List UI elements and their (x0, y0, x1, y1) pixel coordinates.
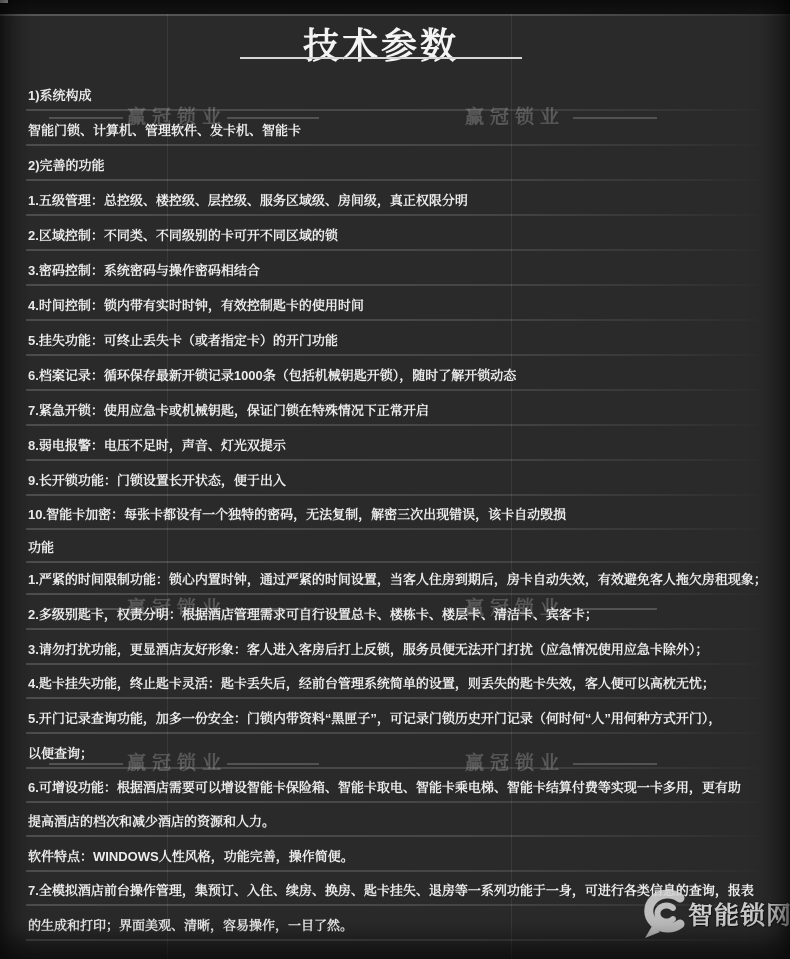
text-row: 功能 (28, 538, 776, 558)
row-separator-line (26, 697, 770, 699)
text-row: 6.可增设功能：根据酒店需要可以增设智能卡保险箱、智能卡取电、智能卡乘电梯、智能… (28, 778, 776, 798)
text-row: 6.档案记录：循环保存最新开锁记录1000条（包括机械钥匙开锁），随时了解开锁动… (28, 366, 776, 386)
brand-watermark: 智能锁网 (638, 884, 790, 942)
row-separator-line (26, 801, 770, 803)
text-row: 4.匙卡挂失功能，终止匙卡灵活：匙卡丢失后，经前台管理系统简单的设置，则丢失的匙… (28, 674, 776, 694)
row-separator-line (26, 109, 770, 111)
text-row: 9.长开锁功能：门锁设置长开状态，便于出入 (28, 471, 776, 491)
top-bar-edge-line (0, 14, 790, 16)
text-row: 软件特点：WINDOWS人性风格，功能完善，操作简便。 (28, 847, 776, 867)
row-separator-line (26, 528, 770, 530)
text-row: 2)完善的功能 (28, 156, 776, 176)
watermark-dash (49, 117, 123, 119)
row-separator-line (26, 284, 770, 286)
row-separator-line (26, 494, 770, 496)
row-separator-line (26, 459, 770, 461)
row-separator-line (26, 767, 770, 769)
row-separator-line (26, 354, 770, 356)
row-separator-line (26, 835, 770, 837)
text-row: 3.密码控制：系统密码与操作密码相结合 (28, 261, 776, 281)
text-row: 1.五级管理：总控级、楼控级、层控级、服务区域级、房间级，真正权限分明 (28, 191, 776, 211)
text-row: 智能门锁、计算机、管理软件、发卡机、智能卡 (28, 121, 776, 141)
row-separator-line (26, 663, 770, 665)
text-row: 8.弱电报警：电压不足时，声音、灯光双提示 (28, 436, 776, 456)
text-row: 4.时间控制：锁内带有实时时钟，有效控制匙卡的使用时间 (28, 296, 776, 316)
row-separator-line (26, 593, 770, 595)
row-separator-line (26, 249, 770, 251)
row-separator-line (26, 179, 770, 181)
text-row: 提高酒店的档次和减少酒店的资源和人力。 (28, 812, 776, 832)
text-row: 10.智能卡加密：每张卡都设有一个独特的密码，无法复制，解密三次出现错误，该卡自… (28, 505, 776, 525)
speech-bubble-logo-icon (638, 886, 686, 940)
text-row: 5.开门记录查询功能，加多一份安全：门锁内带资料“黑匣子”，可记录门锁历史开门记… (28, 709, 776, 729)
brand-watermark-text: 智能锁网 (688, 896, 790, 932)
text-row: 1)系统构成 (28, 86, 776, 106)
row-separator-line (26, 561, 770, 563)
row-separator-line (26, 732, 770, 734)
row-separator-line (26, 870, 770, 872)
row-separator-line (26, 389, 770, 391)
document-page: 技术参数 赢冠锁业赢冠锁业赢冠锁业赢冠锁业赢冠锁业赢冠锁业 1)系统构成智能门锁… (0, 0, 790, 959)
scan-artifact (0, 0, 8, 3)
row-separator-line (26, 319, 770, 321)
text-row: 以便查询； (28, 744, 776, 764)
text-row: 2.多级别匙卡，权责分明：根据酒店管理需求可自行设置总卡、楼栋卡、楼层卡、清洁卡… (28, 605, 776, 625)
text-row: 3.请勿打扰功能，更显酒店友好形象：客人进入客房后打上反锁，服务员便无法开门打扰… (28, 640, 776, 660)
row-separator-line (26, 424, 770, 426)
watermark-dash (573, 117, 657, 119)
text-row: 1.严紧的时间限制功能：锁心内置时钟，通过严紧的时间设置，当客人住房到期后，房卡… (28, 570, 776, 590)
watermark-dash (227, 117, 319, 119)
text-row: 2.区域控制：不同类、不同级别的卡可开不同区域的锁 (28, 226, 776, 246)
row-separator-line (26, 144, 770, 146)
row-separator-line (26, 628, 770, 630)
text-row: 7.紧急开锁：使用应急卡或机械钥匙，保证门锁在特殊情况下正常开启 (28, 401, 776, 421)
top-scan-bar (0, 0, 790, 14)
title-underline (240, 57, 522, 59)
row-separator-line (26, 214, 770, 216)
page-title: 技术参数 (0, 18, 762, 69)
text-row: 5.挂失功能：可终止丢失卡（或者指定卡）的开门功能 (28, 331, 776, 351)
